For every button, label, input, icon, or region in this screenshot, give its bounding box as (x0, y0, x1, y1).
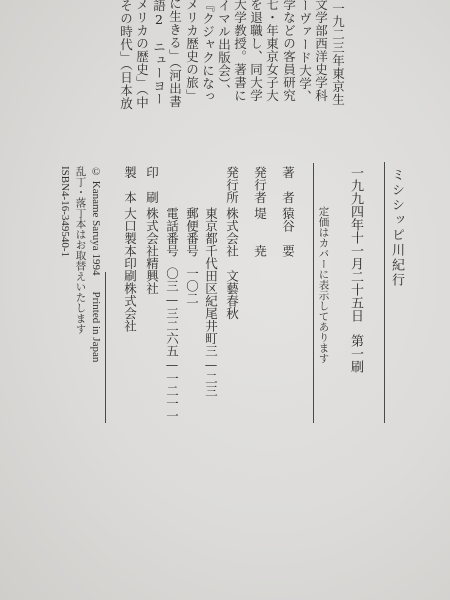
bio-line: 学などの客員研究 (282, 0, 295, 102)
publisher-name: 堤 尭 (253, 207, 266, 257)
bio-line: 語2 ニューヨー (152, 0, 165, 106)
book-colophon-page: 一九二三年東京生 文学部西洋史学科 ーヴァード大学、 学などの客員研究 七・年東… (0, 0, 450, 600)
bio-line: 大学教授。著書に (233, 0, 246, 102)
author-name: 猿谷 要 (281, 207, 294, 257)
bio-line: 文学部西洋史学科 (314, 0, 327, 102)
show-through-text (40, 112, 420, 152)
phone-row: 電話番号〇三—三二六五—一二一一 (165, 207, 178, 422)
bio-line: メリカの歴史」（中 (135, 0, 148, 109)
date-text: 一九九四年十一月二十五日 (348, 166, 363, 322)
isbn: ISBN4-16-349540-1 (59, 166, 70, 257)
publication-date: 一九九四年十一月二十五日第一刷 (349, 166, 362, 373)
book-title: ミシシッピ川紀行 (390, 168, 403, 288)
edition-text: 第一刷 (348, 334, 363, 373)
publisher-address: 東京都千代田区紀尾井町三—二三 (204, 207, 217, 397)
bio-line: 一九二三年東京生 (331, 2, 344, 106)
publishing-house-name: 株式会社 文藝春秋 (225, 207, 238, 320)
postal-code-label: 郵便番号 (185, 207, 200, 257)
bio-line: を退職し、同大学 (249, 0, 262, 102)
bio-line: その時代」（日本放 (119, 0, 132, 110)
copyright-row: © Kaname Saruya 1994Printed in Japan (90, 166, 101, 362)
divider-line (105, 272, 106, 423)
postal-code-value: 一〇二 (185, 267, 200, 305)
copyright-text: © Kaname Saruya 1994 (90, 166, 102, 275)
divider-line (313, 163, 314, 423)
phone-label: 電話番号 (165, 207, 180, 257)
bio-line: に生きる」（河出書 (168, 0, 181, 108)
publisher-label: 発行者 (253, 166, 266, 204)
bio-line: 『クジャクになっ (201, 0, 214, 103)
printer-label: 印 刷 (145, 166, 158, 204)
bio-line: メリカ歴史の旅」 (185, 0, 198, 102)
printed-in-text: Printed in Japan (90, 291, 102, 362)
author-label: 著 者 (281, 166, 294, 204)
binder-label: 製 本 (123, 166, 136, 204)
bio-line: 七・年東京女子大 (265, 0, 278, 102)
price-note: 定価はカバーに表示してあります (318, 206, 329, 364)
divider-line (384, 162, 385, 423)
binder-name: 大口製本印刷株式会社 (123, 207, 136, 332)
publishing-house-label: 発行所 (225, 166, 238, 204)
printer-name: 株式会社精興社 (145, 207, 158, 295)
postal-code-row: 郵便番号一〇二 (185, 207, 198, 305)
bio-line: ーヴァード大学、 (298, 0, 311, 103)
replacement-note: 乱丁・落丁本はお取替えいたします (75, 166, 86, 334)
phone-value: 〇三—三二六五—一二一一 (165, 267, 180, 422)
bio-line: イマル出版会）、 (217, 0, 230, 97)
